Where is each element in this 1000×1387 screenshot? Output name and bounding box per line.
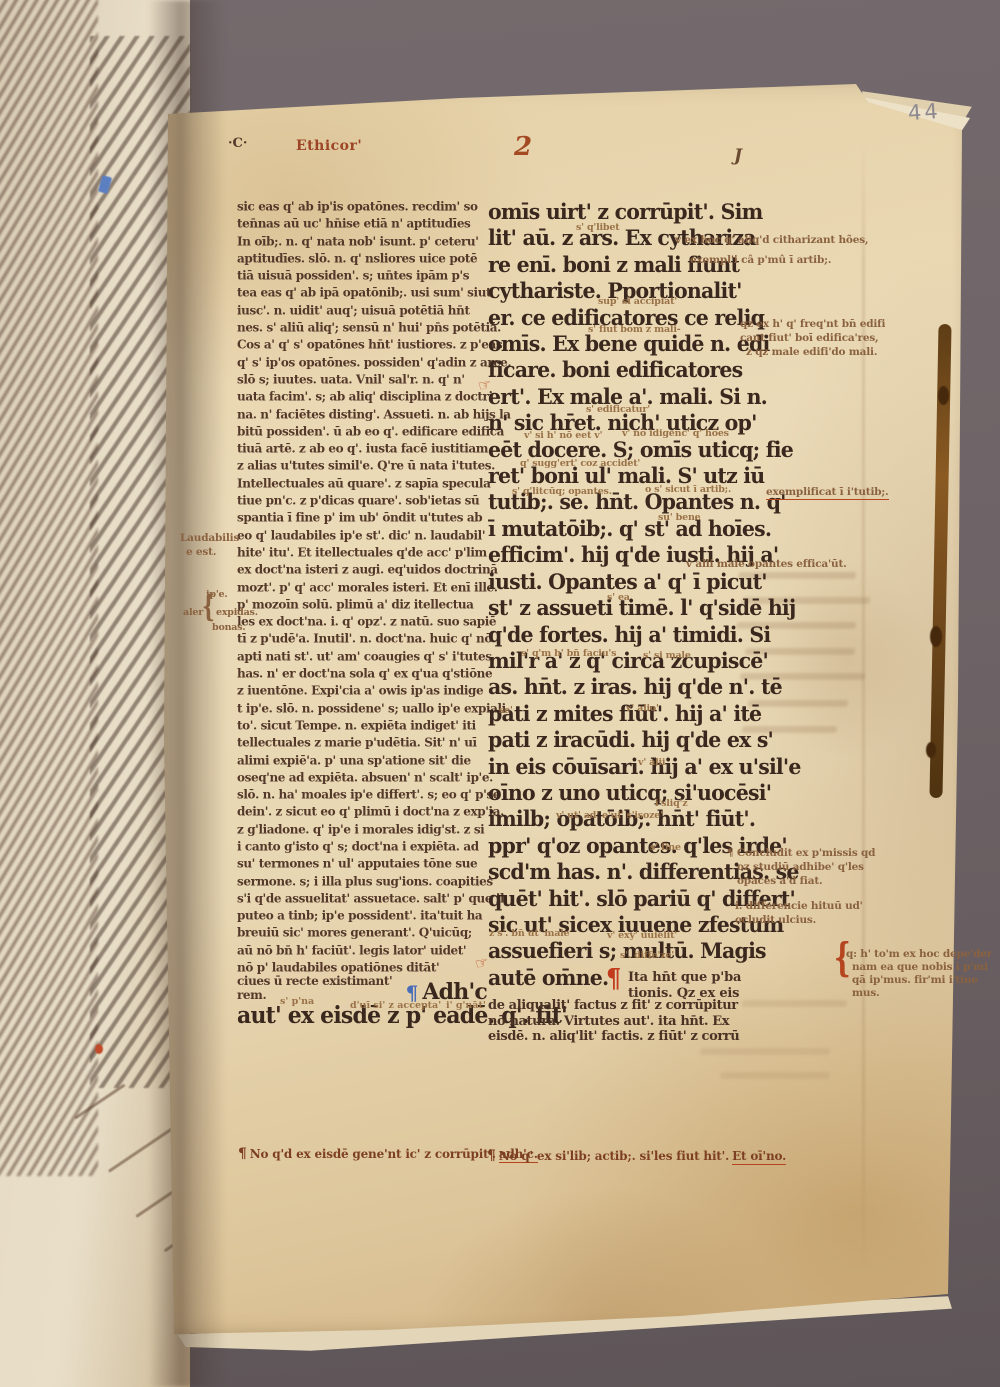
page-content: ·C· Ethicor' 2 J 44 sic eas q' ab ip'is … bbox=[0, 0, 1000, 1387]
bottom-notes: ¶No q'd ex eisdē gene'nt ic' z corrūpit'… bbox=[0, 0, 1000, 1387]
manuscript-photo: ·C· Ethicor' 2 J 44 sic eas q' ab ip'is … bbox=[0, 0, 1000, 1387]
paraph-icon: ¶ bbox=[487, 1148, 496, 1164]
bottom-note-underlined: Et oī'no. bbox=[732, 1149, 786, 1165]
bottom-note: ¶No q' ex si'lib; actib;. si'les fiut hi… bbox=[487, 1148, 786, 1164]
bottom-note-text: No q' ex si'lib; actib;. si'les fiut hit… bbox=[499, 1149, 729, 1163]
paraph-icon: ¶ bbox=[238, 1146, 247, 1162]
bottom-note-text: No q'd ex eisdē gene'nt ic' z corrūpit'. bbox=[250, 1147, 496, 1161]
